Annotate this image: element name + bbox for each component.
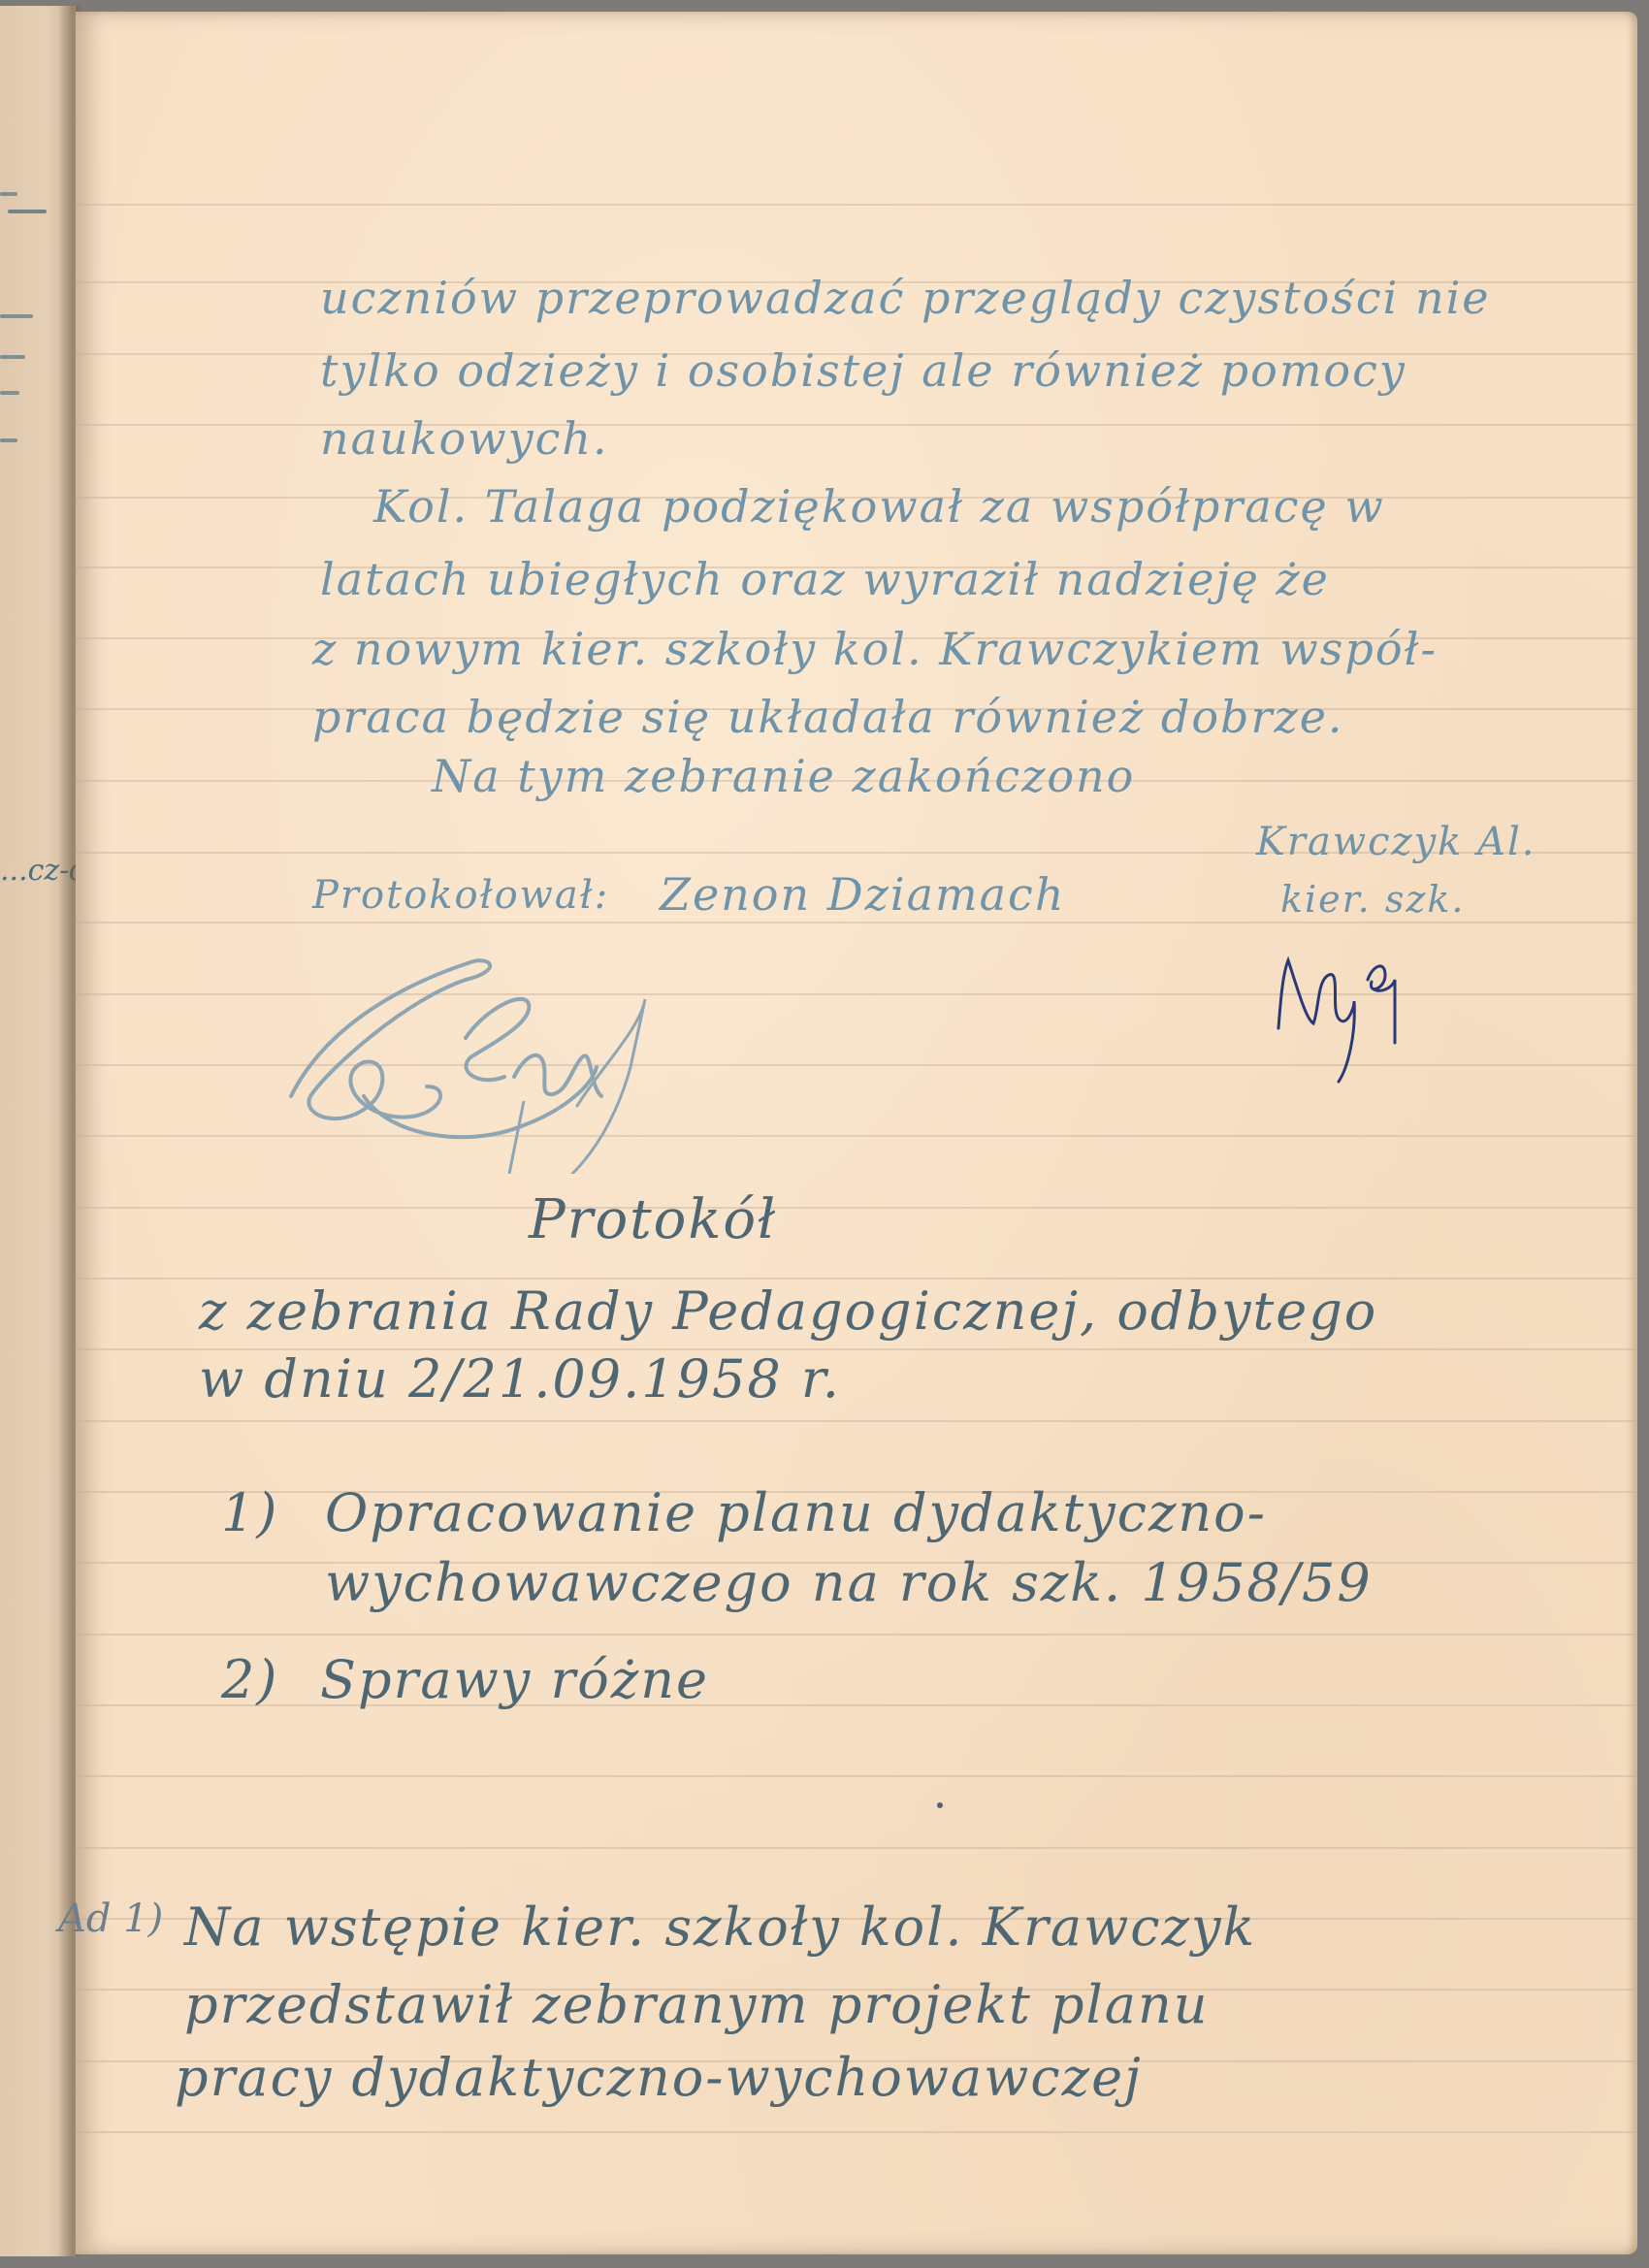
handwritten-line: Kol. Talaga podziękował za współpracę w xyxy=(373,480,1385,533)
minutes-subtitle-line1: z zebrania Rady Pedagogicznej, odbytego xyxy=(199,1280,1377,1342)
left-page-ink-fragment xyxy=(0,391,19,395)
recorder-signature xyxy=(272,951,757,1174)
handwritten-line: praca będzie się układała również dobrze… xyxy=(312,691,1344,743)
ruled-line xyxy=(76,424,1637,426)
ruled-line xyxy=(76,922,1637,923)
handwritten-line: uczniów przeprowadzać przeglądy czystośc… xyxy=(320,272,1491,324)
minutes-body-line: przedstawił zebranym projekt planu xyxy=(184,1974,1210,2035)
handwritten-line: z nowym kier. szkoły kol. Krawczykiem ws… xyxy=(312,623,1438,675)
ruled-line xyxy=(76,1278,1637,1280)
left-page-ink-fragment xyxy=(0,355,25,359)
agenda-item-1-number: 1) xyxy=(221,1482,278,1543)
director-signature xyxy=(1271,951,1484,1096)
ruled-line xyxy=(76,204,1637,206)
left-page-ink-fragment xyxy=(8,210,47,213)
recorder-name: Zenon Dziamach xyxy=(660,868,1065,921)
minutes-title: Protokół xyxy=(529,1188,777,1251)
ruled-line xyxy=(76,1207,1637,1209)
left-page-ink-fragment xyxy=(0,314,33,318)
director-title: kier. szk. xyxy=(1280,878,1465,921)
director-name: Krawczyk Al. xyxy=(1256,820,1536,864)
left-page-ink-fragment xyxy=(0,438,17,442)
ruled-line xyxy=(76,2131,1637,2133)
minutes-subtitle-line2: w dniu 2/21.09.1958 r. xyxy=(199,1348,841,1409)
agenda-item-1-text: Opracowanie planu dydaktyczno- xyxy=(325,1482,1267,1543)
left-page-ink-fragment xyxy=(0,192,17,196)
agenda-item-2-text: Sprawy różne xyxy=(320,1649,709,1710)
ink-dot xyxy=(937,1802,943,1808)
agenda-item-2-number: 2) xyxy=(221,1649,278,1710)
handwritten-line: Na tym zebranie zakończono xyxy=(432,750,1135,802)
ruled-line xyxy=(76,1634,1637,1636)
ruled-line xyxy=(76,1420,1637,1422)
handwritten-line: naukowych. xyxy=(320,412,609,465)
handwritten-line: latach ubiegłych oraz wyraził nadzieję ż… xyxy=(320,553,1330,605)
recorder-label: Protokołował: xyxy=(312,873,609,918)
minutes-body-line: pracy dydaktyczno-wychowawczej xyxy=(175,2047,1143,2108)
ruled-line xyxy=(76,1775,1637,1777)
margin-marker: Ad 1) xyxy=(58,1896,163,1941)
minutes-body-line: Na wstępie kier. szkoły kol. Krawczyk xyxy=(184,1896,1256,1958)
ruled-line xyxy=(76,1847,1637,1849)
ruled-line xyxy=(76,1704,1637,1706)
handwritten-line: tylko odzieży i osobistej ale również po… xyxy=(320,344,1406,397)
agenda-item-1-text-continued: wychowawczego na rok szk. 1958/59 xyxy=(325,1552,1373,1613)
